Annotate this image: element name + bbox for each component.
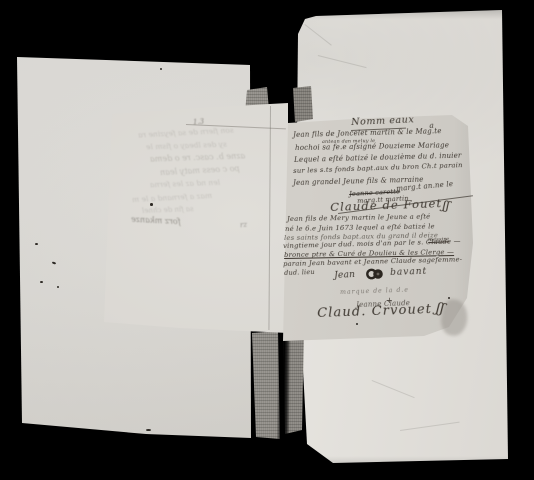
bleedthrough-small-mark: rz [240, 221, 248, 230]
manuscript-tail: dud. lieu [284, 268, 315, 277]
dirt-speck [160, 68, 162, 70]
binding-tape-lower-left [248, 331, 280, 443]
dirt-speck [57, 286, 59, 288]
attest-first-name: Jean [334, 270, 355, 281]
ink-dot [356, 323, 358, 325]
dirt-speck [35, 243, 38, 245]
ink-dot [448, 297, 450, 299]
binding-tape-upper-right [292, 86, 313, 122]
overlay-corner-mark: 1.3 [193, 118, 205, 127]
dirt-speck [150, 203, 153, 206]
dirt-speck [146, 429, 151, 431]
dirt-speck [40, 281, 43, 283]
ink-knot-icon [366, 266, 384, 286]
archival-scan: 1.3 son fiern de sa feyzine ra sy des lb… [0, 0, 534, 480]
attest-last-name: bavant [390, 267, 427, 278]
